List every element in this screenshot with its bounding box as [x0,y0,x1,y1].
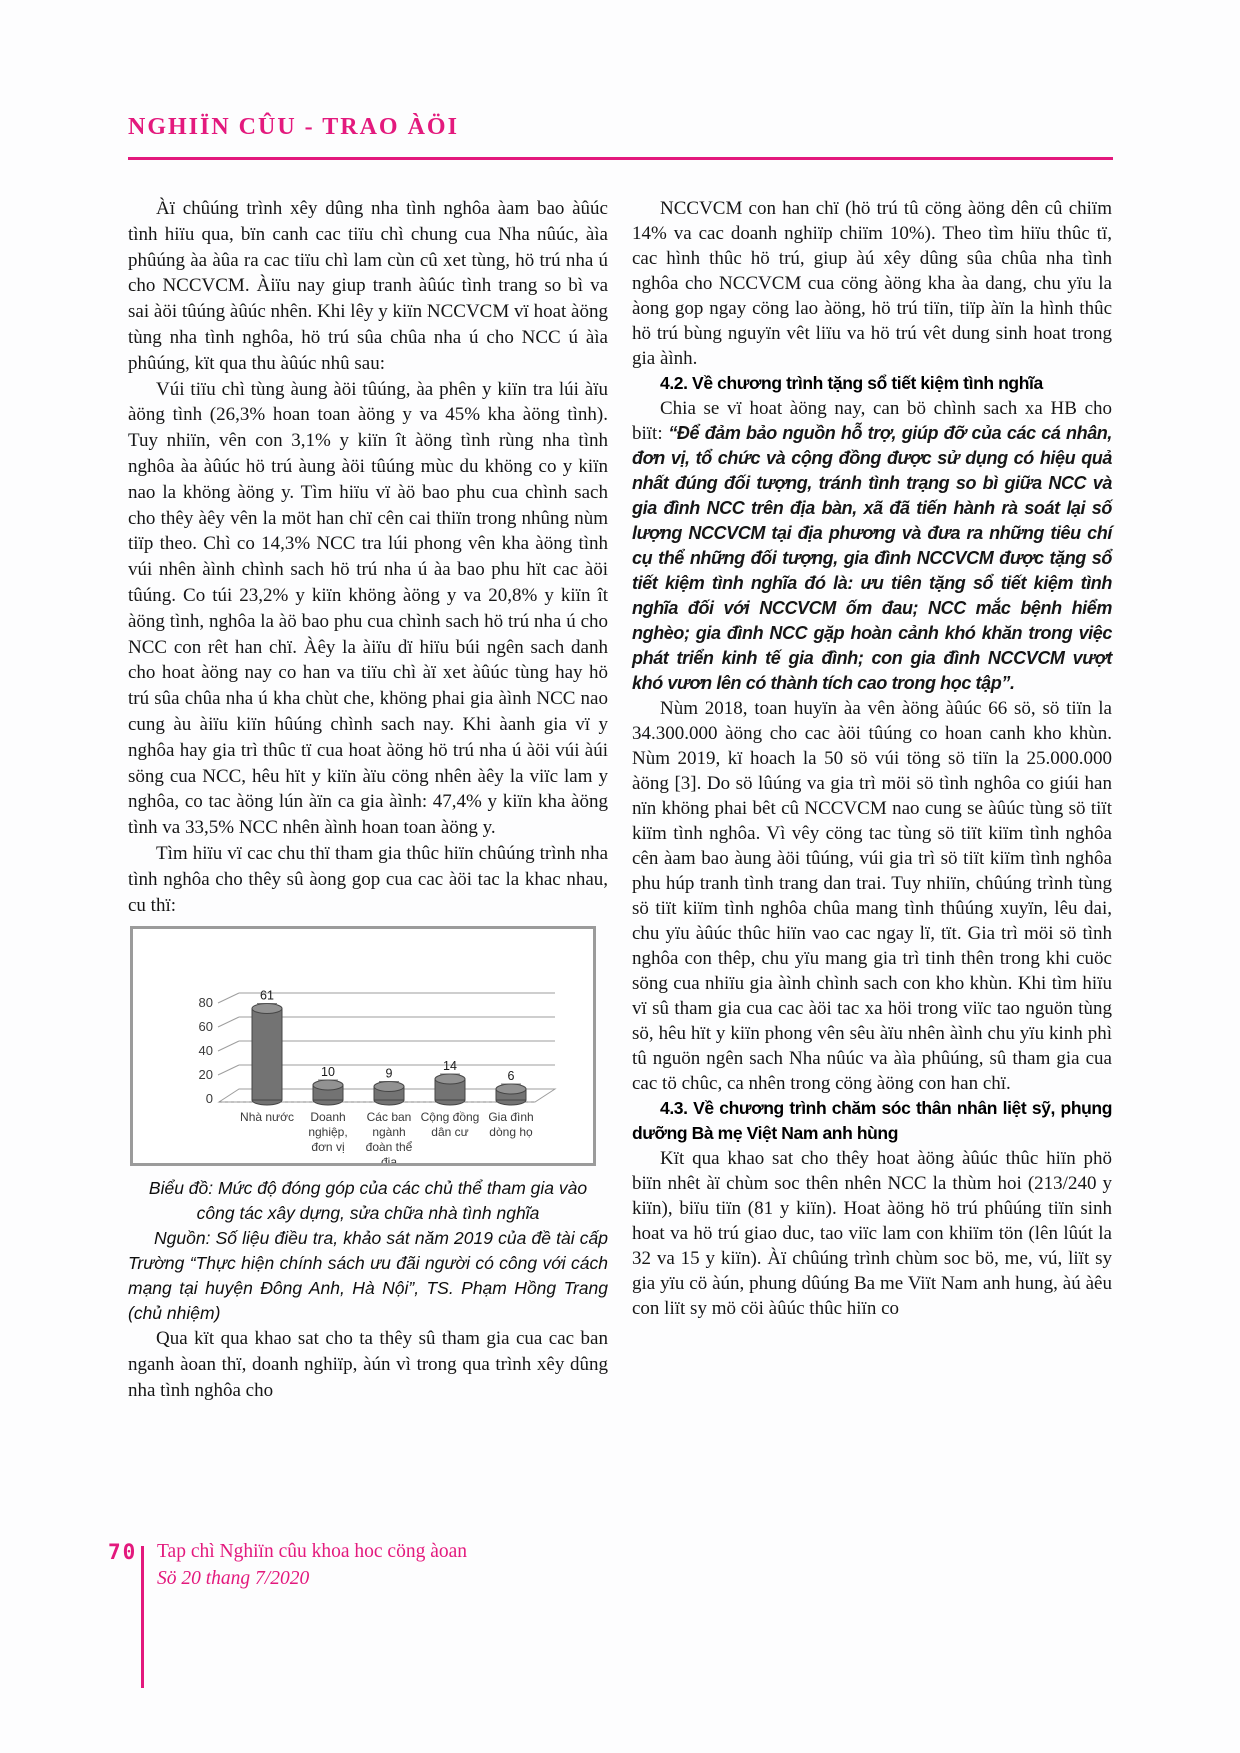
page-title: NGHIÏN CÛU - TRAO ÀÖI [128,114,459,141]
svg-text:40: 40 [199,1043,213,1058]
svg-text:Nhà nước: Nhà nước [240,1110,294,1124]
svg-text:61: 61 [260,989,274,1003]
chart-caption: Biểu đồ: Mức độ đóng góp của các chủ thể… [128,1176,608,1226]
chart-source: Nguồn: Số liệu điều tra, khảo sát năm 20… [128,1226,608,1326]
footer-journal-name: Tap chì Nghiïn cûu khoa hoc cöng àoan [157,1541,467,1563]
footer-divider [141,1546,144,1688]
paragraph: Kït qua khao sat cho thêy hoat àöng àûúc… [632,1146,1112,1321]
svg-text:20: 20 [199,1067,213,1082]
svg-text:dòng họ: dòng họ [489,1125,533,1139]
svg-text:0: 0 [206,1091,213,1106]
svg-text:10: 10 [321,1065,335,1079]
section-heading-4-3: 4.3. Về chương trình chăm sóc thân nhân … [632,1096,1112,1146]
interview-quote: “Để đảm bảo nguồn hỗ trợ, giúp đỡ của cá… [632,423,1112,693]
svg-text:60: 60 [199,1019,213,1034]
paragraph: NCCVCM con han chï (hö trú tû cöng àöng … [632,196,1112,371]
paragraph: Vúi tiïu chì tùng àung àöi tûúng, àa phê… [128,377,608,841]
header-divider [128,157,1113,160]
paragraph: Qua kït qua khao sat cho ta thêy sû tham… [128,1326,608,1403]
svg-text:ngành: ngành [372,1125,405,1139]
paragraph: Nùm 2018, toan huyïn àa vên àöng àûúc 66… [632,696,1112,1096]
page-number: 70 [108,1540,137,1564]
footer-issue: Sö 20 thang 7/2020 [157,1568,309,1590]
paragraph: Tìm hiïu vï cac chu thï tham gia thûc hi… [128,841,608,918]
paragraph: Àï chûúng trình xêy dûng nha tình nghôa … [128,196,608,377]
svg-text:Cộng đồng: Cộng đồng [421,1110,480,1124]
svg-text:Các ban: Các ban [367,1110,412,1124]
svg-text:địa: địa [381,1155,397,1163]
svg-text:đơn vị: đơn vị [311,1140,344,1154]
bar-chart: 80604020061Nhà nước10Doanhnghiệp,đơn vị9… [130,926,596,1166]
svg-text:Gia đình: Gia đình [488,1110,533,1124]
left-column: Àï chûúng trình xêy dûng nha tình nghôa … [128,196,608,1404]
bar-chart-canvas: 80604020061Nhà nước10Doanhnghiệp,đơn vị9… [133,929,593,1163]
svg-text:dân cư: dân cư [431,1125,468,1139]
section-heading-4-2: 4.2. Về chương trình tặng sổ tiết kiệm t… [632,371,1112,396]
right-column: NCCVCM con han chï (hö trú tû cöng àöng … [632,196,1112,1321]
svg-text:6: 6 [508,1069,515,1083]
journal-page: NGHIÏN CÛU - TRAO ÀÖI Àï chûúng trình xê… [0,0,1240,1753]
svg-text:nghiệp,: nghiệp, [308,1125,347,1139]
svg-text:9: 9 [386,1067,393,1081]
svg-text:80: 80 [199,995,213,1010]
svg-text:14: 14 [443,1059,457,1073]
svg-text:Doanh: Doanh [310,1110,345,1124]
paragraph: Chia se vï hoat àöng nay, can bö chình s… [632,396,1112,696]
svg-text:đoàn thể: đoàn thể [366,1140,413,1154]
